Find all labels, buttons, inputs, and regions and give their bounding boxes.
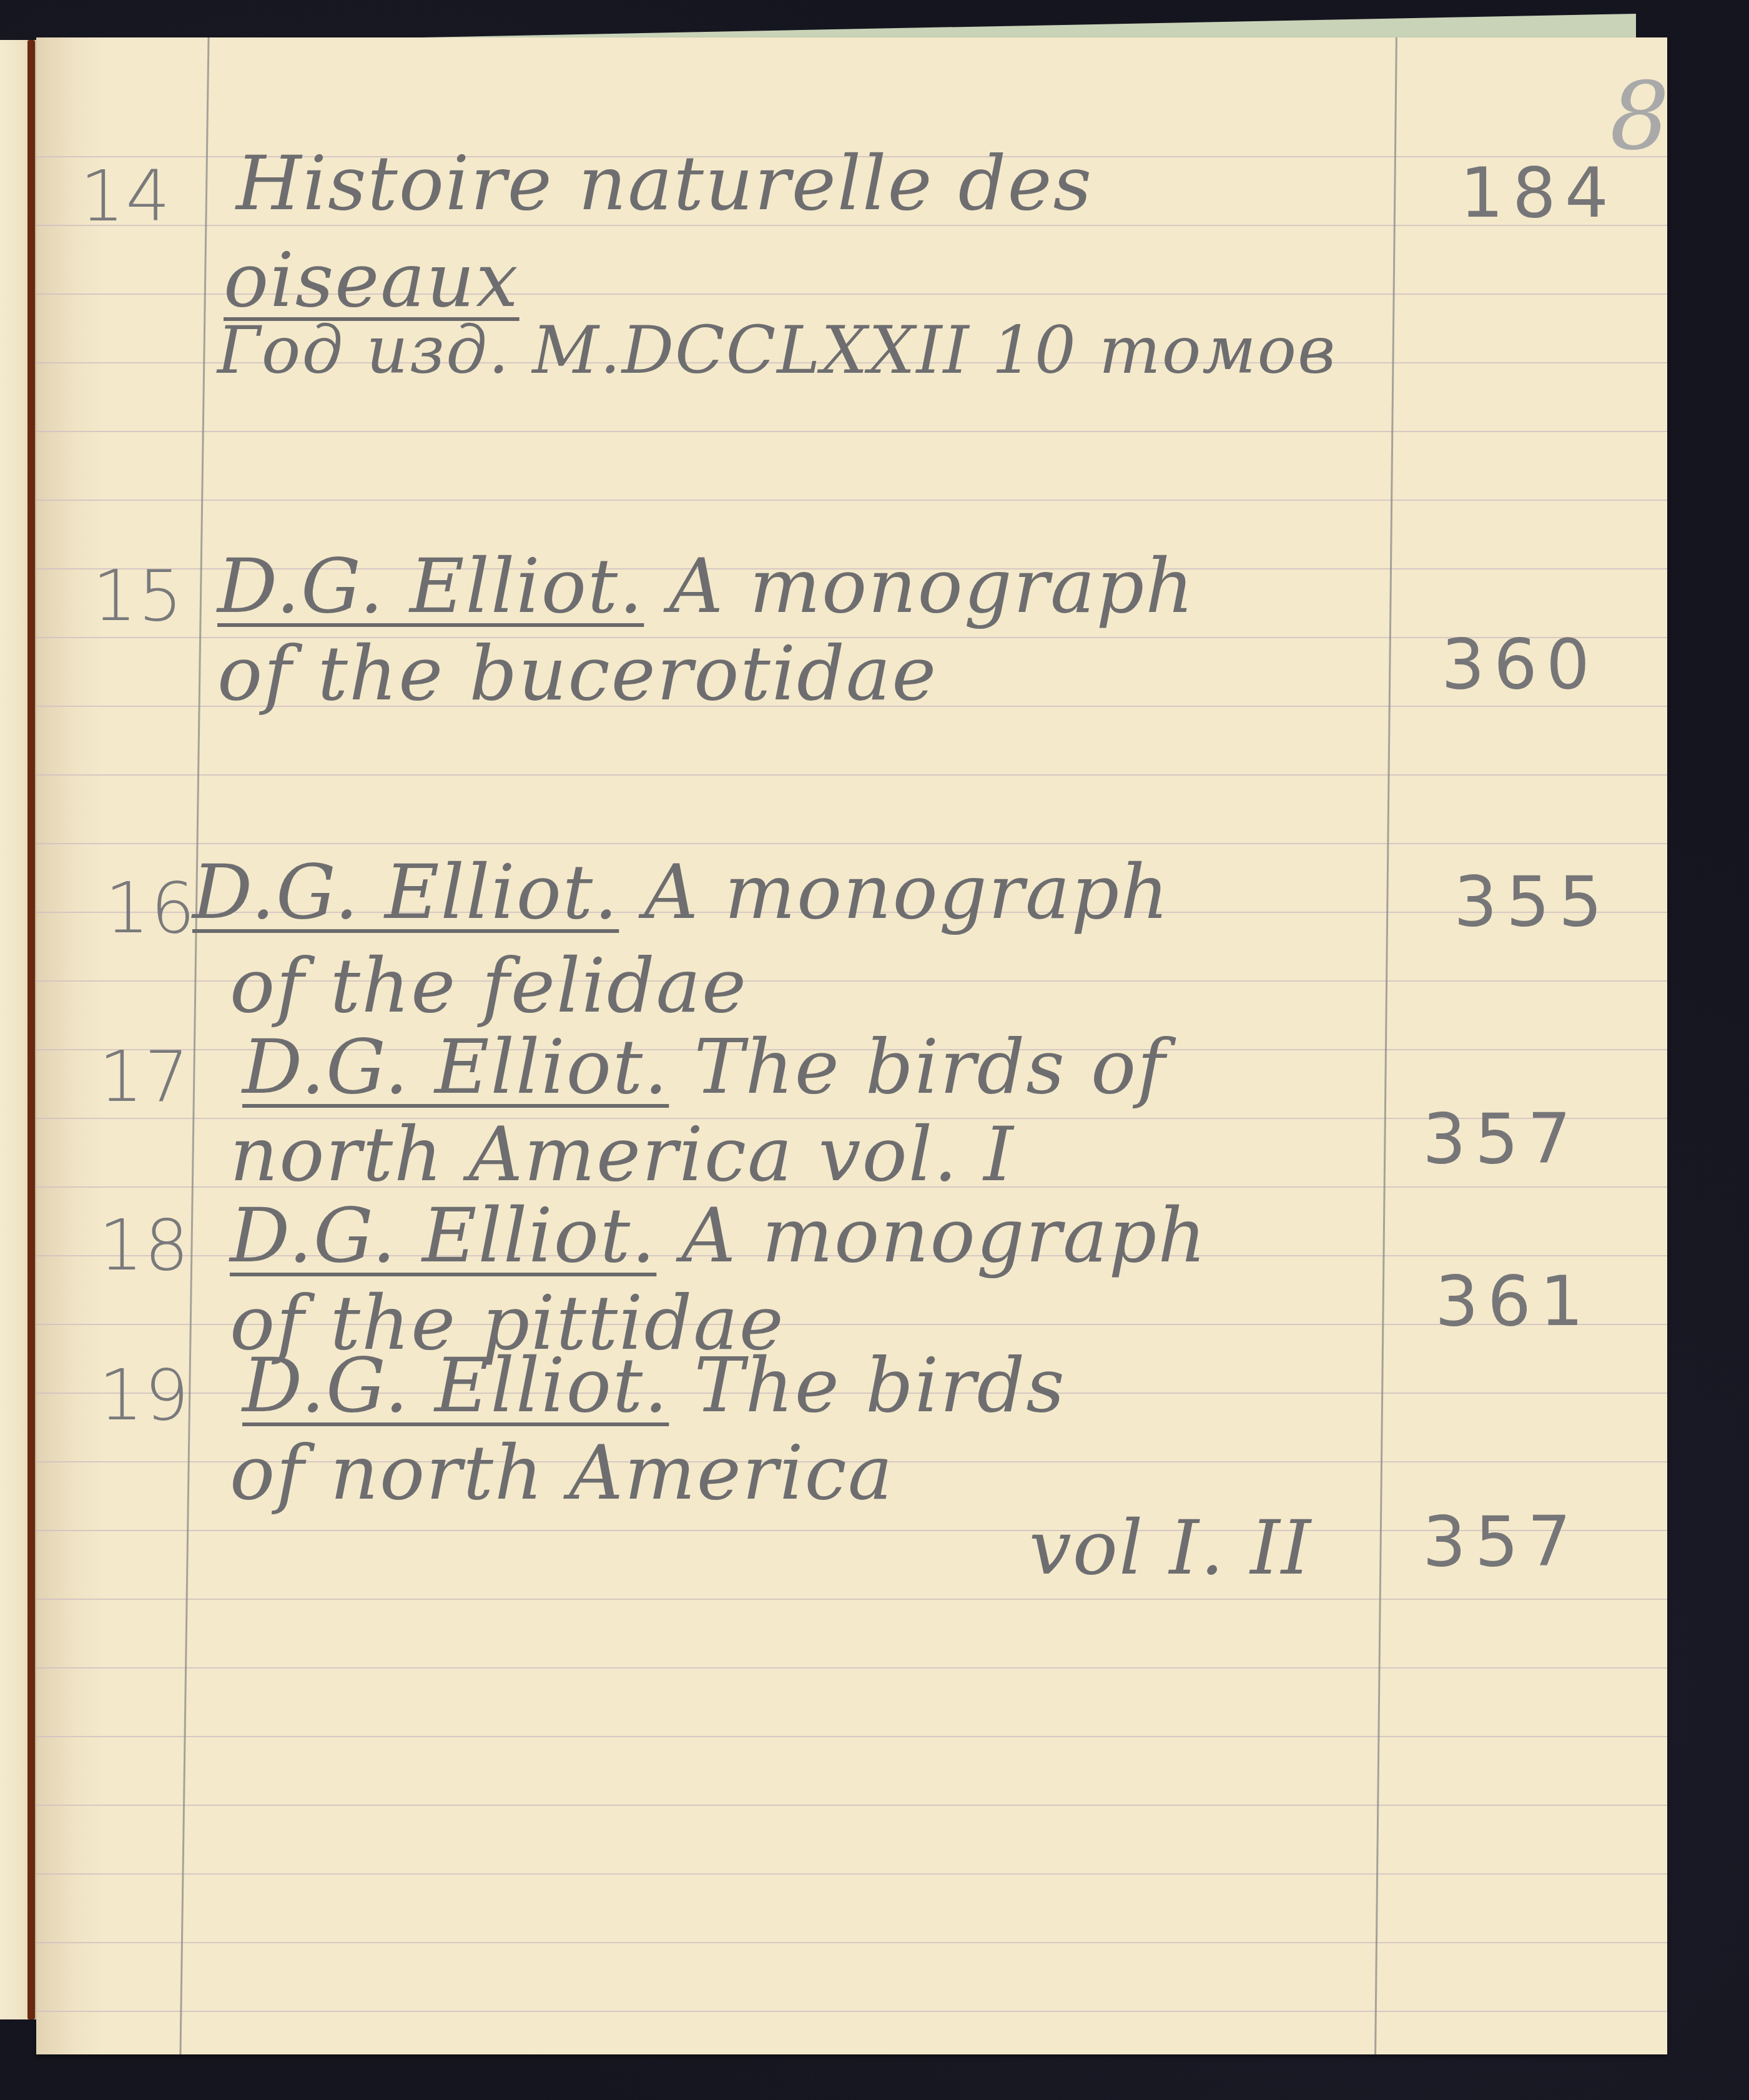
entry-value: 357	[1422, 1502, 1580, 1582]
ruling-line	[36, 1805, 1667, 1806]
entry-author: D.G. Elliot.	[242, 1024, 669, 1111]
entry-value: 360	[1441, 624, 1599, 704]
entry-number: 17	[99, 1037, 190, 1118]
ruling-line	[36, 774, 1667, 776]
entry-title-line1: Histoire naturelle des	[236, 140, 1093, 227]
entry-title-line1: A monograph	[681, 1193, 1207, 1279]
entry-title-line2: of the bucerotidae	[217, 631, 937, 717]
entry-volume-note: vol I. II	[1029, 1505, 1312, 1592]
entry-publication-note: Год изд. M.DCCLXXII 10 томов	[217, 312, 1337, 388]
notebook-spine	[27, 40, 35, 2019]
ruling-line	[36, 1736, 1667, 1737]
ruling-line	[36, 431, 1667, 432]
entry-author: D.G. Elliot.	[242, 1343, 669, 1429]
page-number: 8	[1610, 62, 1667, 171]
entry-title-line1: The birds of	[694, 1024, 1166, 1111]
entry-value: 184	[1460, 153, 1617, 233]
entry-author: D.G. Elliot.	[217, 543, 644, 630]
entry-value: 361	[1435, 1261, 1592, 1341]
entry-number: 19	[99, 1355, 190, 1436]
entry-value: 355	[1454, 862, 1611, 942]
ruling-line	[36, 2011, 1667, 2012]
entry-number: 16	[105, 868, 197, 949]
entry-number: 18	[99, 1205, 190, 1286]
entry-number: 15	[92, 556, 184, 637]
entry-value: 357	[1422, 1099, 1580, 1179]
entry-title-line2: oiseaux	[224, 237, 520, 324]
ruling-line	[36, 1599, 1667, 1600]
notebook-page: 8 14 Histoire naturelle des oiseaux Год …	[36, 37, 1667, 2054]
entry-title-line1: A monograph	[644, 849, 1170, 936]
entry-number: 14	[80, 156, 172, 237]
ruling-line	[36, 1667, 1667, 1669]
ruling-line	[36, 1942, 1667, 1943]
entry-title-line2: north America vol. I	[230, 1112, 1015, 1198]
entry-author: D.G. Elliot.	[192, 849, 619, 936]
ruling-line	[36, 1873, 1667, 1875]
entry-title-line2: of north America	[230, 1430, 894, 1517]
entry-title-line1: The birds	[694, 1343, 1065, 1429]
entry-title-line2: of the felidae	[230, 943, 747, 1030]
entry-author: D.G. Elliot.	[230, 1193, 656, 1279]
ruling-line	[36, 843, 1667, 844]
ruling-line	[36, 500, 1667, 501]
entry-title-line1: A monograph	[669, 543, 1195, 630]
value-column-divider	[1374, 37, 1397, 2054]
